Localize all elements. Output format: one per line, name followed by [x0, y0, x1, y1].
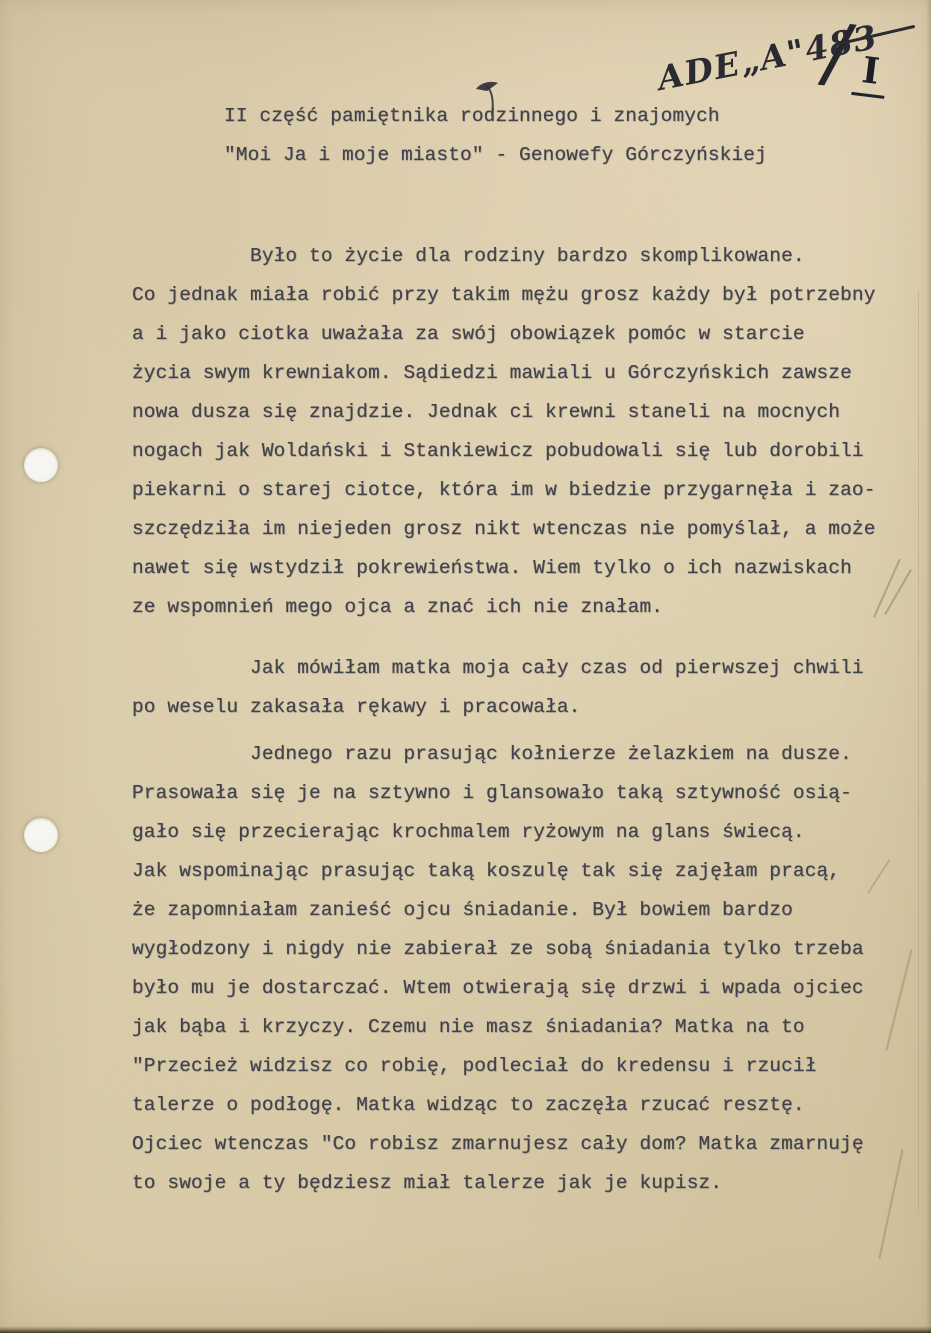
paragraph: Jak mówiłam matka moja cały czas od pier… [132, 649, 864, 727]
scan-edge-shadow-bottom [0, 1326, 931, 1333]
paragraph: Było to życie dla rodziny bardzo skompli… [132, 237, 876, 627]
title-line-1: II część pamiętnika rodzinnego i znajomy… [224, 105, 720, 127]
scratch-mark [885, 949, 912, 1050]
document-page: ADE„A"483 / I II część pamiętnika rodzin… [0, 0, 931, 1333]
title-line-2: "Moi Ja i moje miasto" - Genowefy Górczy… [224, 144, 767, 166]
hole-punch [24, 448, 58, 482]
scratch-mark [878, 1149, 903, 1259]
scratch-mark [867, 859, 890, 893]
paper-crease [918, 290, 919, 1210]
hole-punch [24, 818, 58, 852]
paragraph: Jednego razu prasując kołnierze żelazkie… [132, 735, 864, 1203]
annotation-volume-numeral: I [851, 48, 889, 99]
document-title: II część pamiętnika rodzinnego i znajomy… [224, 97, 767, 175]
annotation-slash: / [821, 6, 853, 99]
scratch-mark [884, 569, 911, 615]
scan-edge-shadow-right [926, 0, 931, 1333]
